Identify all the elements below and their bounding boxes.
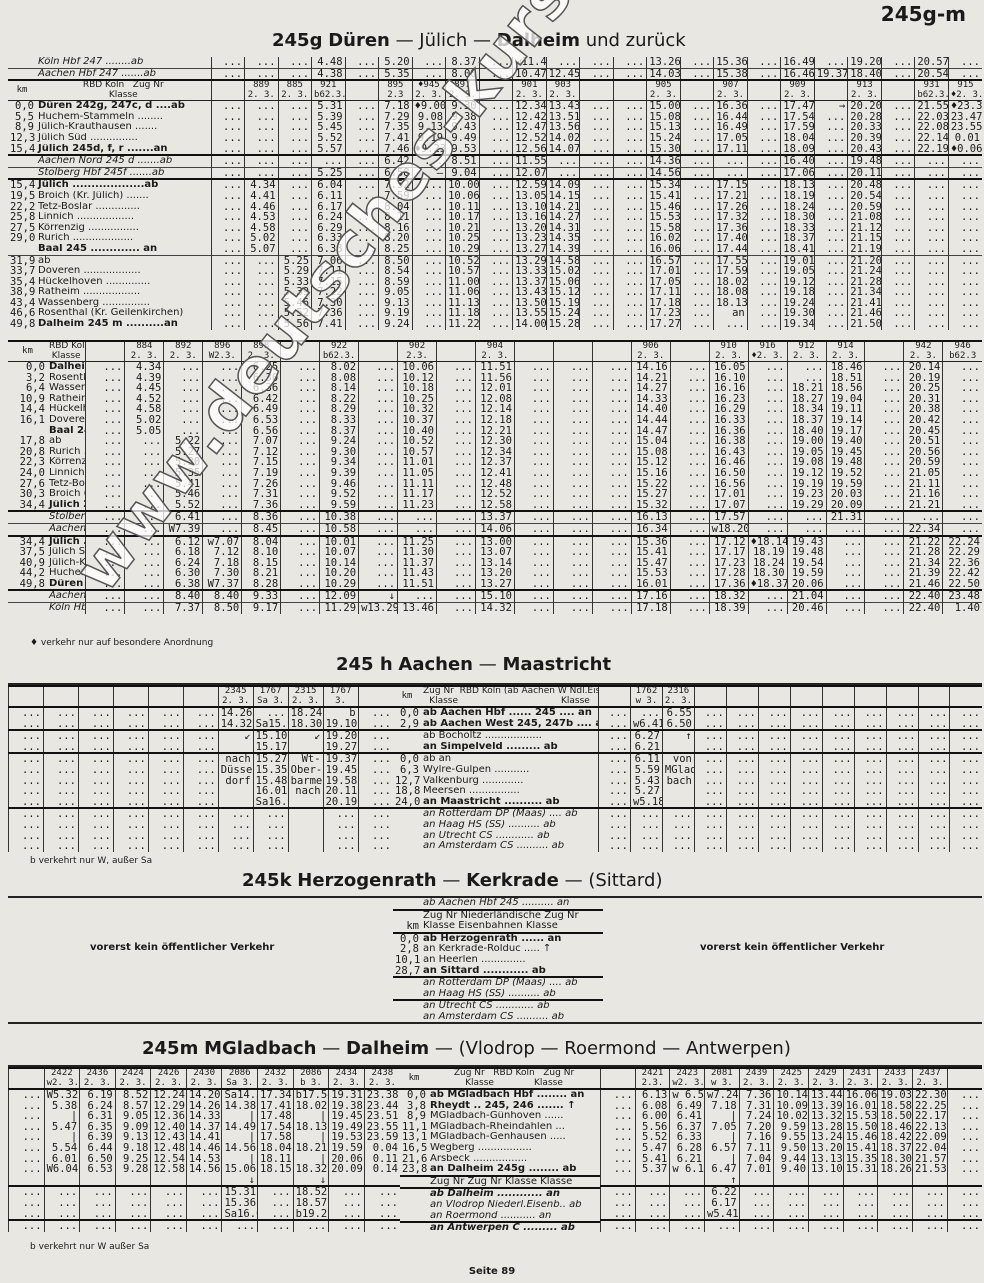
time-cell: ... [918, 841, 950, 852]
time-cell: 15.46 [843, 1132, 878, 1143]
station-name: Aachen Nord 245 d .......ab [36, 155, 211, 167]
time-cell: ... [514, 511, 553, 523]
time-cell: ... [592, 468, 631, 479]
time-cell: ... [822, 808, 854, 820]
time-cell: ... [9, 1209, 45, 1221]
timetable-row: 49,8Düren 242g, 247c, 247d ..an......6.3… [8, 579, 982, 591]
time-cell: ... [694, 776, 726, 787]
station-name: Valkenburg ............. [421, 776, 598, 787]
time-cell: 10.00 [446, 179, 480, 191]
time-cell: ... [86, 603, 125, 614]
timetable-245k-stations: ab Aachen Hbf 245 .......... anZug Nr Ni… [393, 898, 603, 1023]
time-cell: ... [774, 1209, 809, 1221]
time-cell: ... [592, 457, 631, 468]
time-cell: 9.18 [115, 1143, 151, 1154]
time-cell: 4.34 [245, 179, 279, 191]
time-cell: 12.37 [475, 457, 514, 468]
time-cell: 8.08 [320, 373, 359, 384]
time-cell: ... [78, 808, 113, 820]
time-cell: 8.37 [446, 57, 480, 68]
time-cell: 18.56 [826, 383, 865, 394]
time-cell: 14.33 [631, 394, 670, 405]
time-cell: 6.39 [80, 1132, 116, 1143]
time-cell: ... [80, 1198, 116, 1209]
time-cell [774, 1175, 809, 1187]
time-cell: 14.36 [647, 155, 681, 167]
time-cell: 13.20 [475, 568, 514, 579]
time-cell: ♦9.23 [412, 144, 446, 156]
time-cell: ... [694, 831, 726, 842]
time-cell: ... [203, 373, 242, 384]
train-number-header: 921 b62.3. [312, 80, 346, 101]
timetable-row: 15,4Jülich ...................ab...4.34.… [8, 179, 982, 191]
section-number: 245m [142, 1038, 198, 1059]
time-cell: ... [948, 68, 982, 80]
time-cell: 15.00 [647, 101, 681, 112]
time-cell: ... [670, 1186, 705, 1198]
train-number-header [613, 80, 647, 101]
time-cell: 12.34 [475, 447, 514, 458]
time-cell: 12.07 [513, 167, 547, 179]
time-cell: ... [281, 489, 320, 500]
time-cell [288, 841, 323, 852]
time-cell: Ober- [288, 765, 323, 776]
station-name: an Rotterdam DP (Maas) .... ab [421, 808, 598, 820]
time-cell: Sa15.00 [253, 719, 288, 731]
time-cell: ... [599, 730, 631, 742]
time-cell: ... [948, 179, 982, 191]
time-cell: ... [164, 394, 203, 405]
time-cell: 4.52 [125, 394, 164, 405]
time-cell: ... [436, 536, 475, 548]
time-cell: ... [918, 797, 950, 809]
train-number-header: 2081 w 3. [705, 1068, 740, 1089]
time-cell: ... [635, 1186, 670, 1198]
time-cell: ... [358, 776, 393, 787]
km-value: 11,1 [400, 1122, 428, 1133]
time-cell: 20.56 [904, 447, 943, 458]
time-cell: ... [809, 1220, 844, 1232]
time-cell: ... [680, 287, 714, 298]
time-cell: 16.06 [647, 244, 681, 255]
time-cell: ... [329, 1186, 365, 1198]
time-cell: ... [253, 831, 288, 842]
time-cell: 19.48 [787, 547, 826, 558]
time-cell: ... [670, 426, 709, 437]
time-cell: Düssel- [218, 765, 253, 776]
time-cell: ... [948, 223, 982, 234]
time-cell: ... [601, 1186, 636, 1198]
time-cell: ... [814, 255, 848, 266]
time-cell: ... [747, 212, 781, 223]
time-cell: ... [113, 841, 148, 852]
time-cell: ... [514, 568, 553, 579]
time-cell: 6.35 [80, 1122, 116, 1133]
time-cell: ... [580, 179, 614, 191]
train-number-header [758, 686, 790, 707]
time-cell: 10.12 [398, 373, 437, 384]
time-cell: ... [345, 298, 379, 309]
time-cell: ... [546, 167, 580, 179]
time-cell: 13.51 [546, 112, 580, 123]
time-cell: 20.42 [904, 415, 943, 426]
timetable-row: an Simpelveld ......... ab [393, 742, 598, 754]
no-service-left: vorerst kein öffentlicher Verkehr [90, 942, 274, 953]
km-value: 24,0 [8, 468, 47, 479]
time-cell: ... [814, 287, 848, 298]
time-cell: 20.48 [848, 179, 882, 191]
time-cell: 18.37 [787, 415, 826, 426]
time-cell: 7.18 [203, 558, 242, 569]
time-cell: ... [694, 719, 726, 731]
time-cell: 17.36 [714, 223, 748, 234]
time-cell: 8.37 [320, 426, 359, 437]
time-cell: ... [436, 447, 475, 458]
time-cell: ... [748, 373, 787, 384]
time-cell: ↑ [705, 1175, 740, 1187]
time-cell: ... [78, 753, 113, 765]
time-cell: 8.52 [115, 1089, 151, 1101]
time-cell: ... [592, 590, 631, 602]
timetable-row: ...5.43bach........................... [599, 776, 983, 787]
time-cell: ... [822, 719, 854, 731]
time-cell: 10.21 [446, 223, 480, 234]
timetable-row: 17,8 ab......5.22...7.07...9.24...10.52.… [8, 436, 982, 447]
time-cell: 15.31 [843, 1164, 878, 1175]
timetable-row: 34,4Jülich 245d, f, r .......an......5.5… [8, 500, 982, 512]
timetable-row: 5,5Huchem-Stammeln .................5.39… [8, 112, 982, 123]
time-cell: ... [680, 244, 714, 255]
time-cell: ... [592, 603, 631, 614]
time-cell: ... [86, 383, 125, 394]
time-cell: ... [630, 820, 662, 831]
time-cell: 12.14 [475, 404, 514, 415]
timetable-row: ...6.11von........................... [599, 753, 983, 765]
station-name: Stolberg Hbf 245f .......an [47, 511, 86, 523]
time-cell: ... [592, 447, 631, 458]
time-cell: ... [345, 144, 379, 156]
train-number-header [9, 1068, 45, 1089]
time-cell: 14.26 [218, 707, 253, 719]
time-cell: ... [814, 167, 848, 179]
time-cell: ... [809, 1186, 844, 1198]
station-name: an Rotterdam DP (Maas) .... ab [421, 977, 603, 989]
timetable-row: 18,8Meersen ................ [393, 786, 598, 797]
time-cell: ... [43, 820, 78, 831]
time-cell: 7.37 [164, 603, 203, 614]
time-cell: ... [613, 112, 647, 123]
time-cell: ... [881, 68, 915, 80]
time-cell: ... [918, 831, 950, 842]
train-header-label: RBD Köln Zug Nr Klasse [36, 80, 211, 101]
time-cell: ... [9, 719, 44, 731]
time-cell: ... [113, 808, 148, 820]
time-cell: ... [329, 1220, 365, 1232]
time-cell: 20.31 [904, 394, 943, 405]
time-cell: 14.31 [546, 223, 580, 234]
time-cell: ... [630, 808, 662, 820]
time-cell: 19.52 [826, 468, 865, 479]
time-cell: ... [245, 319, 279, 330]
km-header: km [393, 686, 421, 707]
timetable-row: an Rotterdam DP (Maas) .... ab [393, 977, 603, 989]
time-cell: | [705, 1111, 740, 1122]
time-cell: ... [148, 707, 183, 719]
time-cell: ... [881, 266, 915, 277]
time-cell: ... [680, 144, 714, 156]
time-cell: ... [9, 820, 44, 831]
train-number-header [747, 80, 781, 101]
km-value: 12,7 [393, 776, 421, 787]
timetable-row: Zug Nr Zug Nr Klasse Klasse [400, 1176, 600, 1189]
train-number-header: 2433 2. 3. [878, 1068, 913, 1089]
time-cell: ... [948, 298, 982, 309]
time-cell: ... [479, 287, 513, 298]
time-cell: 18.30 [288, 719, 323, 731]
time-cell: ... [125, 500, 164, 512]
train-number-header: 1762 w 3. [630, 686, 662, 707]
time-cell: ... [9, 765, 44, 776]
time-cell: 18.13 [781, 179, 815, 191]
timetable-row: 24,0Linnich ........................5.35… [8, 468, 982, 479]
km-value: 2,9 [393, 719, 421, 731]
km-value: 2,8 [393, 944, 421, 955]
time-cell: ... [412, 244, 446, 255]
train-number-header [886, 686, 918, 707]
time-cell: 12.42 [513, 112, 547, 123]
time-cell: ... [203, 415, 242, 426]
time-cell: ... [854, 786, 886, 797]
km-value: 24,0 [393, 797, 421, 809]
time-cell: ... [436, 362, 475, 373]
time-cell: ... [613, 191, 647, 202]
timetable-row: ...5.59MGlad-........................... [599, 765, 983, 776]
time-cell: ... [580, 57, 614, 68]
km-value: km [393, 921, 421, 933]
time-cell: ... [814, 179, 848, 191]
time-cell: ... [345, 319, 379, 330]
time-cell [809, 1175, 844, 1187]
time-cell: ... [613, 223, 647, 234]
time-cell: 8.29 [320, 404, 359, 415]
time-cell: ... [211, 179, 245, 191]
time-cell: ... [553, 468, 592, 479]
time-cell: 17.58 [258, 1132, 294, 1143]
time-cell: ... [878, 1209, 913, 1221]
time-cell: 6.19 [80, 1089, 116, 1101]
time-cell: 6.29 [312, 223, 346, 234]
time-cell: 17.54 [781, 112, 815, 123]
time-cell: ... [747, 101, 781, 112]
time-cell: ... [125, 479, 164, 490]
time-cell: ... [436, 590, 475, 602]
time-cell: ... [211, 101, 245, 112]
time-cell: ... [514, 394, 553, 405]
time-cell: ... [726, 831, 758, 842]
time-cell: ... [359, 415, 398, 426]
time-cell: ... [113, 776, 148, 787]
time-cell: ... [947, 1111, 982, 1122]
time-cell: 19.04 [826, 394, 865, 405]
time-cell: ... [258, 1209, 294, 1221]
time-cell: ... [918, 730, 950, 742]
time-cell: ... [865, 579, 904, 591]
time-cell: ... [787, 362, 826, 373]
time-cell: ... [553, 603, 592, 614]
time-cell: ... [278, 167, 312, 179]
time-cell: 19.17 [826, 426, 865, 437]
time-cell: ... [881, 287, 915, 298]
time-cell: ... [915, 155, 949, 167]
km-value: 40,9 [8, 558, 47, 569]
time-cell: 9.17 [242, 603, 281, 614]
time-cell: ... [222, 1220, 258, 1232]
time-cell: ... [826, 523, 865, 535]
time-cell: 17.54 [258, 1122, 294, 1133]
header-row: kmZug Nr RBD Köln (ab Aachen W Ndl.Eisb.… [393, 686, 598, 707]
time-cell: ... [599, 786, 631, 797]
time-cell: ... [436, 404, 475, 415]
km-value [393, 808, 421, 820]
time-cell: ... [943, 468, 982, 479]
time-cell: ... [359, 404, 398, 415]
time-cell: 19.20 [323, 730, 358, 742]
timetable-row: ab Dalheim ............ an [400, 1188, 600, 1200]
time-cell: 6.25 [242, 362, 281, 373]
time-cell: ... [680, 212, 714, 223]
time-cell: 12.54 [151, 1154, 187, 1165]
station-name: Ratheim .................. [47, 394, 86, 405]
time-cell: 10.14 [774, 1089, 809, 1101]
time-cell: ... [359, 579, 398, 591]
time-cell: ... [80, 1209, 116, 1221]
time-cell: 17.18 [631, 603, 670, 614]
train-number-header: 915 ♦2. 3. [948, 80, 982, 101]
time-cell: | [293, 1111, 329, 1122]
time-cell: 10.02 [774, 1111, 809, 1122]
time-cell: 17.01 [709, 489, 748, 500]
time-cell: ... [203, 383, 242, 394]
time-cell: 16.29 [709, 404, 748, 415]
time-cell: 7.41 [312, 319, 346, 330]
time-cell: ... [748, 523, 787, 535]
time-cell: 14.44 [631, 415, 670, 426]
time-cell: 15.41 [647, 191, 681, 202]
time-cell: 20.03 [826, 489, 865, 500]
timetable-245g-return: kmRBD Köln Zug Nr Klasse884 2. 3.892 2. … [8, 340, 982, 614]
time-cell: ... [747, 319, 781, 330]
time-cell: 12.56 [513, 144, 547, 156]
time-cell: ... [412, 68, 446, 80]
time-cell: 19.40 [826, 436, 865, 447]
time-cell: ... [748, 362, 787, 373]
time-cell: 16.23 [709, 394, 748, 405]
time-cell: ... [915, 319, 949, 330]
time-cell: 16.36 [709, 426, 748, 437]
station-name: an Antwerpen C ......... ab [428, 1222, 600, 1234]
time-cell: ... [950, 820, 982, 831]
train-number-header [592, 341, 631, 362]
time-cell: 19.58 [323, 776, 358, 787]
time-cell: ... [680, 179, 714, 191]
time-cell: ... [580, 101, 614, 112]
time-cell: → [814, 101, 848, 112]
time-cell: ♦23.39 [948, 101, 982, 112]
time-cell: ... [747, 133, 781, 144]
time-cell: ... [948, 57, 982, 68]
timetable-row: ↑ [601, 1175, 983, 1187]
time-cell: 13.07 [475, 547, 514, 558]
station-name: Rosenthal (Kr. Geilenkirchen) [47, 373, 86, 384]
time-cell: 13.20 [513, 223, 547, 234]
time-cell: ... [345, 191, 379, 202]
time-cell: ... [9, 1198, 45, 1209]
time-cell: 5.59 [630, 765, 662, 776]
train-number-header [694, 686, 726, 707]
time-cell: ... [758, 808, 790, 820]
time-cell: ... [86, 523, 125, 535]
time-cell: 9.05 [379, 287, 413, 298]
train-number-header: 901 2. 3. [513, 80, 547, 101]
time-cell: 18.30 [781, 212, 815, 223]
time-cell: 9.30 [446, 101, 480, 112]
time-cell: ... [758, 753, 790, 765]
time-cell: ... [479, 319, 513, 330]
timetable-row: Stolberg Hbf 245f .......ab.........5.25… [8, 167, 982, 179]
footnote-b: b verkehrt nur W außer Sa [30, 1242, 149, 1252]
time-cell: 18.39 [709, 603, 748, 614]
time-cell: 17.18 [647, 298, 681, 309]
time-cell: ... [680, 233, 714, 244]
time-cell: 14.32 [218, 719, 253, 731]
time-cell: ... [747, 202, 781, 213]
time-cell: 4.53 [245, 212, 279, 223]
time-cell: ... [915, 298, 949, 309]
timetable-row: 22,3Körrenzig ......................5.30… [8, 457, 982, 468]
time-cell: 19.20 [848, 57, 882, 68]
time-cell: ... [211, 244, 245, 255]
time-cell: ... [151, 1186, 187, 1198]
time-cell: 17.05 [647, 277, 681, 288]
time-cell: 5.25 [278, 255, 312, 266]
time-cell: 5.46 [278, 298, 312, 309]
time-cell: ... [183, 753, 218, 765]
time-cell: 6.49 [242, 404, 281, 415]
km-value: 16,5 [400, 1143, 428, 1154]
time-cell: 16.16 [709, 383, 748, 394]
time-cell: ... [886, 797, 918, 809]
time-cell: ... [826, 568, 865, 579]
timetable-row: 44,2Huchem-Stammeln ..............6.307.… [8, 568, 982, 579]
time-cell: 19.12 [781, 277, 815, 288]
time-cell: ... [670, 479, 709, 490]
time-cell: ... [790, 765, 822, 776]
km-value: 37,5 [8, 547, 47, 558]
time-cell: ... [203, 489, 242, 500]
time-cell: 6.22 [705, 1186, 740, 1198]
time-cell: ... [635, 1209, 670, 1221]
time-cell: ... [514, 523, 553, 535]
train-number-header: 892 2. 3. [164, 341, 203, 362]
time-cell: 9.50 [774, 1143, 809, 1154]
time-cell: ... [514, 436, 553, 447]
timetable-row: 10,9Ratheim .....................4.52...… [8, 394, 982, 405]
time-cell: ... [553, 404, 592, 415]
time-cell: ... [113, 742, 148, 754]
time-cell: 20.54 [915, 68, 949, 80]
time-cell: 22.34 [904, 523, 943, 535]
time-cell: ... [822, 765, 854, 776]
